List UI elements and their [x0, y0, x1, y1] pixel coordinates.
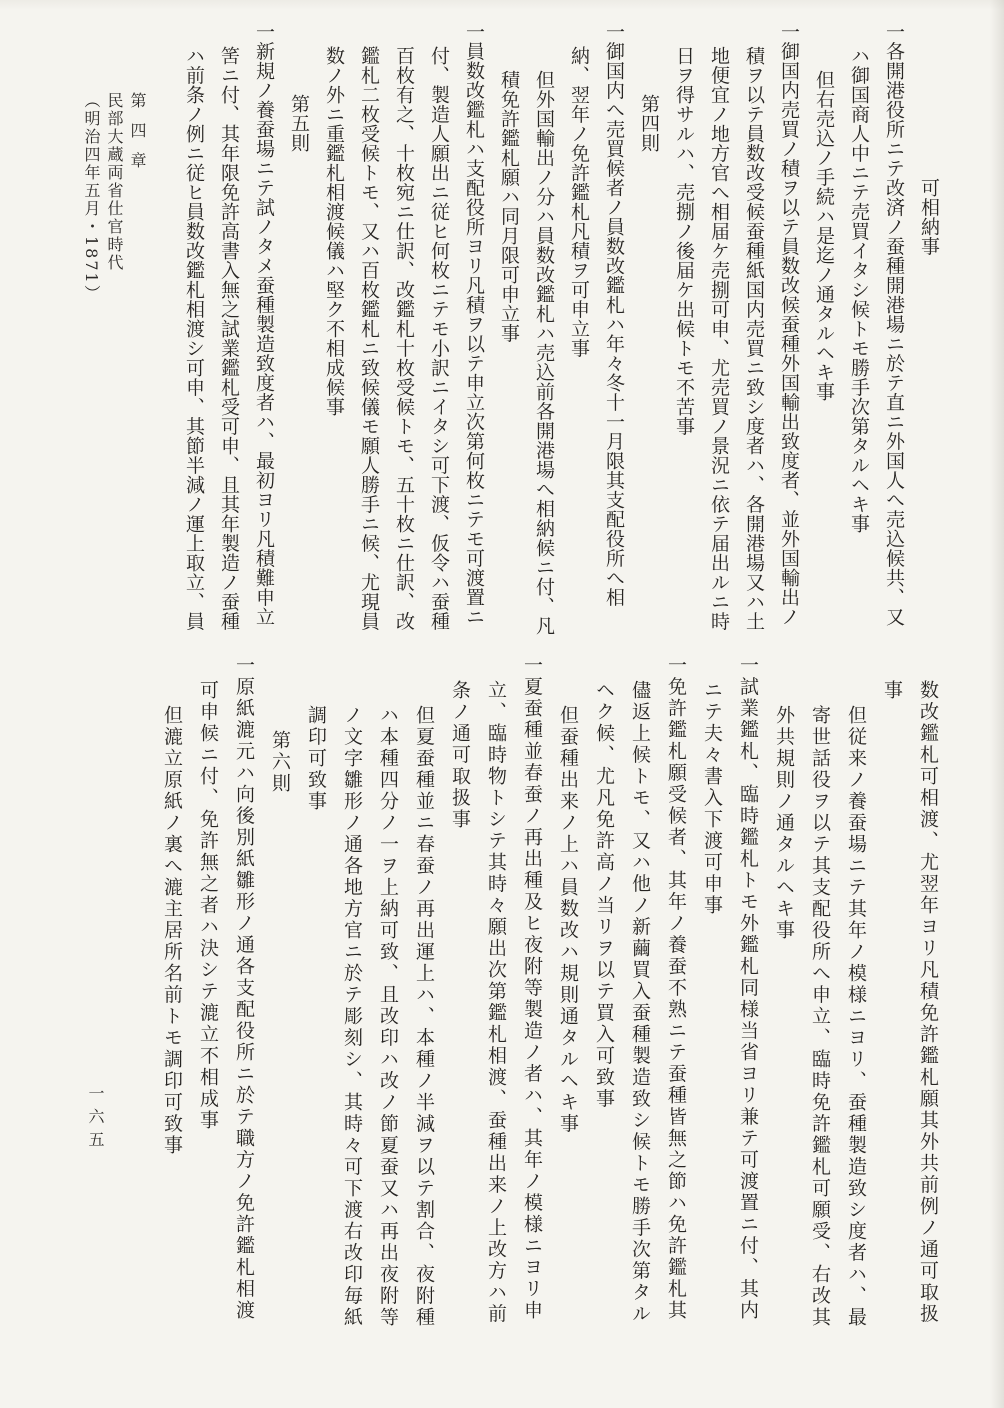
text-column: 一夏蚕種並春蚕ノ再出種及ヒ夜附等製造ノ者ハ、其年ノ模様ニヨリ申	[514, 655, 550, 1355]
text-column: 日ヲ得サルハ、売捌ノ後届ケ出候トモ不苦事	[666, 22, 701, 637]
text-column: ハ前条ノ例ニ従ヒ員数改鑑札相渡シ可申、其節半減ノ運上取立、員	[176, 22, 211, 637]
text-column: ヘク候、尤凡免許高ノ当リヲ以テ買入可致事	[586, 655, 622, 1355]
text-column: 調印可致事	[298, 655, 334, 1355]
text-column: 鑑札二枚受候トモ、又ハ百枚鑑札ニ致候儀モ願人勝手ニ候、尤現員	[351, 22, 386, 637]
text-column: 一員数改鑑札ハ支配役所ヨリ凡積ヲ以テ申立次第何枚ニテモ可渡置ニ	[456, 22, 491, 637]
text-column: 一各開港役所ニテ改済ノ蚕種開港場ニ於テ直ニ外国人へ売込候共、又	[876, 22, 911, 637]
text-column: 数ノ外ニ重鑑札相渡候儀ハ堅ク不相成候事	[316, 22, 351, 637]
text-column: 但漉立原紙ノ裏へ漉主居所名前トモ調印可致事	[154, 655, 190, 1355]
text-column: ニテ夫々書入下渡可申事	[694, 655, 730, 1355]
chapter-label: 第四章	[126, 92, 149, 592]
text-column: 但従来ノ養蚕場ニテ其年ノ模様ニヨリ、蚕種製造致シ度者ハ、最	[838, 655, 874, 1355]
text-column: 一御国内へ売買候者ノ員数改鑑札ハ年々冬十一月限其支配役所へ相	[596, 22, 631, 637]
text-column: 一試業鑑札、臨時鑑札トモ外鑑札同様当省ヨリ兼テ可渡置ニ付、其内	[730, 655, 766, 1355]
text-column: 外共規則ノ通タルヘキ事	[766, 655, 802, 1355]
text-column: 第五則	[281, 22, 316, 637]
text-column: 一御国内売買ノ積ヲ以テ員数改候蚕種外国輸出致度者、並外国輸出ノ	[771, 22, 806, 637]
text-column: 事	[874, 655, 910, 1355]
text-column: 納、翌年ノ免許鑑札凡積ヲ可申立事	[561, 22, 596, 637]
text-column: 但右売込ノ手続ハ是迄ノ通タルヘキ事	[806, 22, 841, 637]
text-column: 百枚有之、十枚宛ニ仕訳、改鑑札十枚受候トモ、五十枚ニ仕訳、改	[386, 22, 421, 637]
text-column: 積ヲ以テ員数改受候蚕種紙国内売買ニ致シ度者ハ、各開港場又ハ土	[736, 22, 771, 637]
chapter-running-header: 第四章 民部大蔵両省仕官時代 （明治四年五月・1871）	[80, 92, 149, 592]
book-page: 可相納事一各開港役所ニテ改済ノ蚕種開港場ニ於テ直ニ外国人へ売込候共、又ハ御国商人…	[0, 0, 1004, 1408]
text-column: 条ノ通可取扱事	[442, 655, 478, 1355]
text-column: 数改鑑札可相渡、尤翌年ヨリ凡積免許鑑札願其外共前例ノ通可取扱	[910, 655, 946, 1355]
date-label: （明治四年五月・1871）	[80, 92, 103, 592]
text-column: 但夏蚕種並ニ春蚕ノ再出運上ハ、本種ノ半減ヲ以テ割合、夜附種	[406, 655, 442, 1355]
text-column: ハ本種四分ノ一ヲ上納可致、且改印ハ改ノ節夏蚕又ハ再出夜附等	[370, 655, 406, 1355]
text-column: 可申候ニ付、免許無之者ハ決シテ漉立不相成事	[190, 655, 226, 1355]
text-column: 但蚕種出来ノ上ハ員数改ハ規則通タルヘキ事	[550, 655, 586, 1355]
text-column: 地便宜ノ地方官へ相届ケ売捌可申、尤売買ノ景況ニ依テ届出ルニ時	[701, 22, 736, 637]
text-column: 第四則	[631, 22, 666, 637]
text-column: ハ御国商人中ニテ売買イタシ候トモ勝手次第タルヘキ事	[841, 22, 876, 637]
text-column: 立、臨時物トシテ其時々願出次第鑑札相渡、蚕種出来ノ上改方ハ前	[478, 655, 514, 1355]
page-number: 一六五	[84, 1085, 107, 1154]
section-title: 民部大蔵両省仕官時代	[103, 92, 126, 592]
text-column: 寄世話役ヲ以テ其支配役所へ申立、臨時免許鑑札可願受、右改其	[802, 655, 838, 1355]
text-column: 一原紙漉元ハ向後別紙雛形ノ通各支配役所ニ於テ職方ノ免許鑑札相渡	[226, 655, 262, 1355]
text-column: 一免許鑑札願受候者、其年ノ養蚕不熟ニテ蚕種皆無之節ハ免許鑑札其	[658, 655, 694, 1355]
text-column: 但外国輸出ノ分ハ員数改鑑札ハ売込前各開港場へ相納候ニ付、凡	[526, 22, 561, 637]
text-column: 積免許鑑札願ハ同月限可申立事	[491, 22, 526, 637]
bottom-text-block: 数改鑑札可相渡、尤翌年ヨリ凡積免許鑑札願其外共前例ノ通可取扱事但従来ノ養蚕場ニテ…	[154, 655, 946, 1355]
text-column: ノ文字雛形ノ通各地方官ニ於テ彫刻シ、其時々可下渡右改印毎紙	[334, 655, 370, 1355]
text-column: 一新規ノ養蚕場ニテ試ノタメ蚕種製造致度者ハ、最初ヨリ凡積難申立	[246, 22, 281, 637]
text-column: 第六則	[262, 655, 298, 1355]
top-text-block: 可相納事一各開港役所ニテ改済ノ蚕種開港場ニ於テ直ニ外国人へ売込候共、又ハ御国商人…	[176, 22, 946, 637]
text-column: 儘返上候トモ、又ハ他ノ新繭買入蚕種製造致シ候トモ勝手次第タル	[622, 655, 658, 1355]
text-column: 可相納事	[911, 22, 946, 637]
text-column: 付、製造人願出ニ従ヒ何枚ニテモ小訳ニイタシ可下渡、仮令ハ蚕種	[421, 22, 456, 637]
text-column: 筈ニ付、其年限免許高書入無之試業鑑札受可申、且其年製造ノ蚕種	[211, 22, 246, 637]
